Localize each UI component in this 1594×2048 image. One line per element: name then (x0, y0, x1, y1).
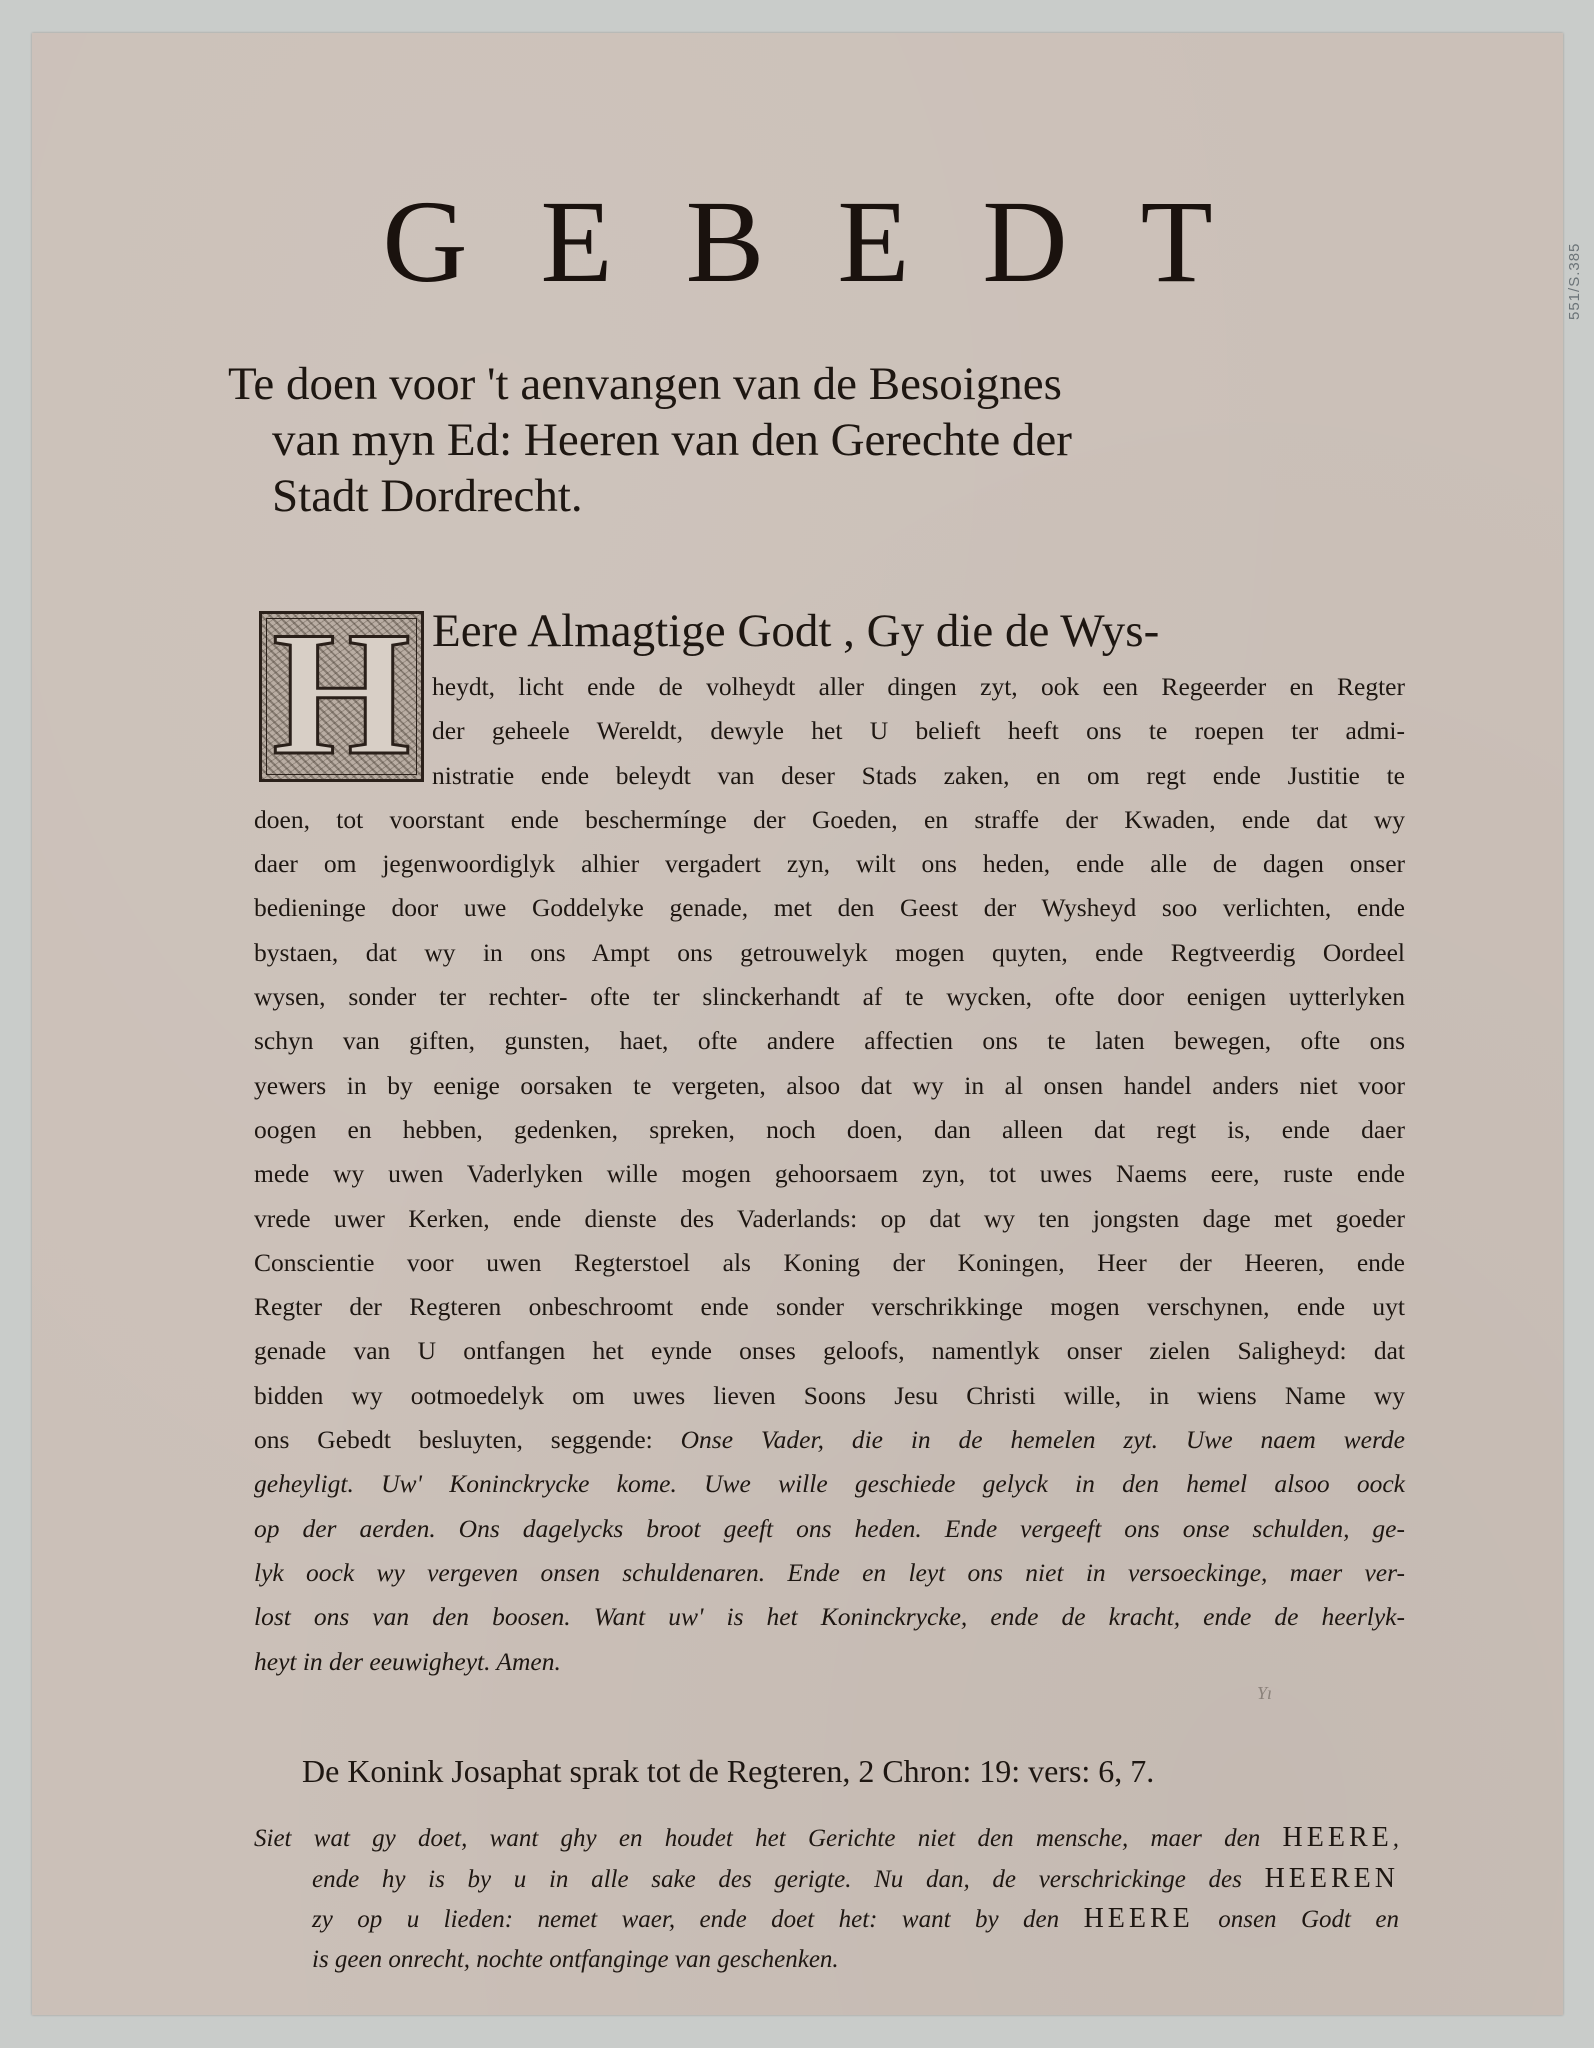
lords-prayer-line: heyt in der eeuwigheyt. Amen. (254, 1640, 1405, 1684)
prayer-line: bedieninge door uwe Goddelyke genade, me… (254, 886, 1405, 930)
prayer-line: bystaen, dat wy in ons Ampt ons getrouwe… (254, 931, 1405, 975)
lords-prayer-start: Onse Vader, die in de hemelen zyt. Uwe n… (681, 1425, 1405, 1454)
lords-prayer-line: lost ons van den boosen. Want uw' is het… (254, 1595, 1405, 1639)
prayer-line: nistratie ende beleydt van deser Stads z… (254, 754, 1405, 798)
prayer-line: oogen en hebben, gedenken, spreken, noch… (254, 1108, 1405, 1152)
verse-text: is geen onrecht, nochte ontfanginge van … (312, 1946, 839, 1973)
verse-text: ende hy is by u in alle sake des gerigte… (312, 1866, 1242, 1893)
verse-text: , (1393, 1825, 1399, 1852)
prayer-line: der geheele Wereldt, dewyle het U belief… (254, 709, 1405, 753)
prayer-line-roman: ons Gebedt besluyten, seggende: (254, 1425, 653, 1454)
prayer-line: heydt, licht ende de volheydt aller ding… (254, 665, 1405, 709)
prayer-line: Regter der Regteren onbeschroomt ende so… (254, 1285, 1405, 1329)
scripture-verse: Siet wat gy doet, want ghy en houdet het… (254, 1818, 1399, 1980)
verse-line: ende hy is by u in alle sake des gerigte… (254, 1859, 1399, 1900)
prayer-body: heydt, licht ende de volheydt aller ding… (254, 665, 1405, 1684)
verse-caps: HEERE (1084, 1903, 1194, 1934)
prayer-line: bidden wy ootmoedelyk om uwes lieven Soo… (254, 1374, 1405, 1418)
prayer-line: daer om jegenwoordiglyk alhier vergadert… (254, 842, 1405, 886)
lords-prayer-line: op der aerden. Ons dagelycks broot geeft… (254, 1507, 1405, 1551)
prayer-line: genade van U ontfangen het eynde onses g… (254, 1329, 1405, 1373)
verse-text: zy op u lieden: nemet waer, ende doet he… (312, 1906, 1059, 1933)
prayer-lead-line: Eere Almagtige Godt , Gy die de Wys- (432, 603, 1159, 659)
lords-prayer-line: geheyligt. Uw' Koninckrycke kome. Uwe wi… (254, 1462, 1405, 1506)
verse-text: onsen Godt en (1218, 1906, 1399, 1933)
prayer-line: yewers in by eenige oorsaken te vergeten… (254, 1064, 1405, 1108)
verse-line: is geen onrecht, nochte ontfanginge van … (254, 1940, 1399, 1981)
printed-broadsheet: GEBEDT Te doen voor 't aenvangen van de … (32, 33, 1563, 2015)
prayer-line: ons Gebedt besluyten, seggende: Onse Vad… (254, 1418, 1405, 1462)
subtitle-line-2: van myn Ed: Heeren van den Gerechte der (228, 412, 1428, 468)
prayer-line: doen, tot voorstant ende beschermínge de… (254, 798, 1405, 842)
scripture-citation: De Konink Josaphat sprak tot de Regteren… (302, 1751, 1154, 1791)
verse-line: zy op u lieden: nemet waer, ende doet he… (254, 1899, 1399, 1940)
prayer-line: wysen, sonder ter rechter- ofte ter slin… (254, 975, 1405, 1019)
prayer-line: schyn van giften, gunsten, haet, ofte an… (254, 1019, 1405, 1063)
pencil-mark: Yı (1257, 1683, 1272, 1704)
subtitle-line-3: Stadt Dordrecht. (228, 468, 1428, 524)
verse-caps: HEERE (1283, 1822, 1393, 1853)
prayer-line: mede wy uwen Vaderlyken wille mogen geho… (254, 1152, 1405, 1196)
subtitle-line-1: Te doen voor 't aenvangen van de Besoign… (228, 356, 1428, 412)
prayer-line: Conscientie voor uwen Regterstoel als Ko… (254, 1241, 1405, 1285)
verse-text: Siet wat gy doet, want ghy en houdet het… (254, 1825, 1260, 1852)
archive-shelfmark: 551/S.385 (1566, 160, 1594, 320)
verse-line: Siet wat gy doet, want ghy en houdet het… (254, 1818, 1399, 1859)
prayer-line: vrede uwer Kerken, ende dienste des Vade… (254, 1197, 1405, 1241)
verse-caps: HEEREN (1265, 1863, 1399, 1894)
lords-prayer-line: lyk oock wy vergeven onsen schuldenaren.… (254, 1551, 1405, 1595)
page-title: GEBEDT (32, 183, 1563, 301)
subtitle: Te doen voor 't aenvangen van de Besoign… (228, 356, 1428, 524)
